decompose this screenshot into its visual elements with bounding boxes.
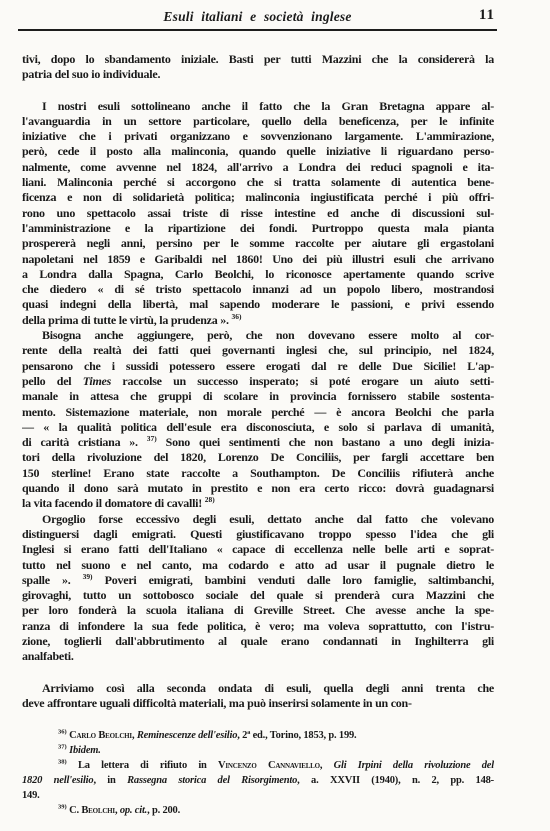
footnote-line: 149. (22, 788, 494, 803)
body-line: ranza di infondere la sua fede politica,… (22, 619, 494, 634)
running-head-title: Esuli italiani e società inglese (18, 9, 497, 25)
body-line: nalmente, come avvenne nel 1824, all'arr… (22, 160, 494, 175)
body-line: pensarono che i sussidi potessero essere… (22, 359, 494, 374)
body-line: deve affrontare uguali difficoltà materi… (22, 696, 494, 711)
body-line: però, cede il posto alla malinconia, qua… (22, 144, 494, 159)
body-line: quasi indegni della libertà, mal sapendo… (22, 297, 494, 312)
body-line: l'avanguardia in un settore particolare,… (22, 114, 494, 129)
paragraph: Bisogna anche aggiungere, però, che non … (22, 328, 494, 512)
body-line: tivi, dopo lo sbandamento iniziale. Bast… (22, 52, 494, 67)
body-line: mento. Sistemazione materiale, non moral… (22, 405, 494, 420)
footnote: 36) Carlo Beolchi, Reminescenze dell'esi… (22, 728, 494, 743)
body-line: per loro fonderà la scuola italiana di G… (22, 603, 494, 618)
footnote: 38) La lettera di rifiuto in Vincenzo Ca… (22, 758, 494, 803)
body-line: Bisogna anche aggiungere, però, che non … (22, 328, 494, 343)
paragraph: Orgoglio forse eccessivo degli esuli, de… (22, 512, 494, 665)
body-line: Arriviamo così alla seconda ondata di es… (22, 681, 494, 696)
body-line: quando il dono sarà mutato in prestito e… (22, 481, 494, 496)
body-line: pello del Times raccolse un successo ins… (22, 374, 494, 389)
footnote-line: 1820 nell'esilio, in Rassegna storica de… (22, 773, 494, 788)
body-line: girovaghi, tutto un sottobosco sociale d… (22, 588, 494, 603)
body-line: distinguersi dagli emigrati. Questi gius… (22, 527, 494, 542)
body-line: la vita facendo il domatore di cavalli! … (22, 496, 494, 511)
paragraph: tivi, dopo lo sbandamento iniziale. Bast… (22, 52, 494, 83)
body-line: zione, toglierli dall'abbrutimento al qu… (22, 634, 494, 649)
body-line: liani. Malinconia perché si accorgono ch… (22, 175, 494, 190)
footnote: 39) C. Beolchi, op. cit., p. 200. (22, 803, 494, 818)
paragraph: Arriviamo così alla seconda ondata di es… (22, 681, 494, 712)
body-line: della prima di tutte le virtù, la pruden… (22, 313, 494, 328)
body-line: — « la qualità politica dell'esule era d… (22, 420, 494, 435)
body-line: rente della realtà dei fatti quei govern… (22, 343, 494, 358)
body-line: patria del suo io individuale. (22, 67, 494, 82)
body-line: Inglesi si erano fatti dell'Italiano « c… (22, 542, 494, 557)
body-line: rono uno spettacolo assai triste di riss… (22, 206, 494, 221)
body-line: di carità cristiana ». 37) Sono quei sen… (22, 435, 494, 450)
body-line: napoletani nel 1859 e Garibaldi nel 1860… (22, 252, 494, 267)
body-line: I nostri esuli sottolineano anche il fat… (22, 99, 494, 114)
body-line: analfabeti. (22, 649, 494, 664)
page-number: 11 (479, 7, 495, 24)
paragraph: I nostri esuli sottolineano anche il fat… (22, 99, 494, 328)
footnote-section: 36) Carlo Beolchi, Reminescenze dell'esi… (22, 728, 494, 818)
page-content: tivi, dopo lo sbandamento iniziale. Bast… (22, 52, 494, 818)
body-line: a Londra dalla Spagna, Carlo Beolchi, lo… (22, 267, 494, 282)
body-line: che diedero « di sé tristo spettacolo in… (22, 282, 494, 297)
body-line: ficenza e non di solidarietà politica; m… (22, 190, 494, 205)
body-line: spalle ». 39) Poveri emigrati, bambini v… (22, 573, 494, 588)
running-head: Esuli italiani e società inglese 11 (18, 7, 497, 31)
footnote-line: 39) C. Beolchi, op. cit., p. 200. (22, 803, 494, 818)
body-line: tutto nel suono e nel canto, ma codardo … (22, 558, 494, 573)
footnote: 37) Ibidem. (22, 743, 494, 758)
book-page: Esuli italiani e società inglese 11 tivi… (0, 0, 550, 831)
body-text: tivi, dopo lo sbandamento iniziale. Bast… (22, 52, 494, 711)
footnote-line: 36) Carlo Beolchi, Reminescenze dell'esi… (22, 728, 494, 743)
footnote-line: 37) Ibidem. (22, 743, 494, 758)
body-line: manale in attesa che gruppi di scolare i… (22, 389, 494, 404)
body-line: prospererà negli anni, persino per le so… (22, 236, 494, 251)
body-line: iniziative che i privati organizzano e s… (22, 129, 494, 144)
body-line: l'amministrazione e la ripartizione dei … (22, 221, 494, 236)
body-line: Orgoglio forse eccessivo degli esuli, de… (22, 512, 494, 527)
footnote-line: 38) La lettera di rifiuto in Vincenzo Ca… (22, 758, 494, 773)
body-line: 150 sterline! Erano state raccolte a Sou… (22, 466, 494, 481)
body-line: tori della rivoluzione del 1820, Lorenzo… (22, 450, 494, 465)
